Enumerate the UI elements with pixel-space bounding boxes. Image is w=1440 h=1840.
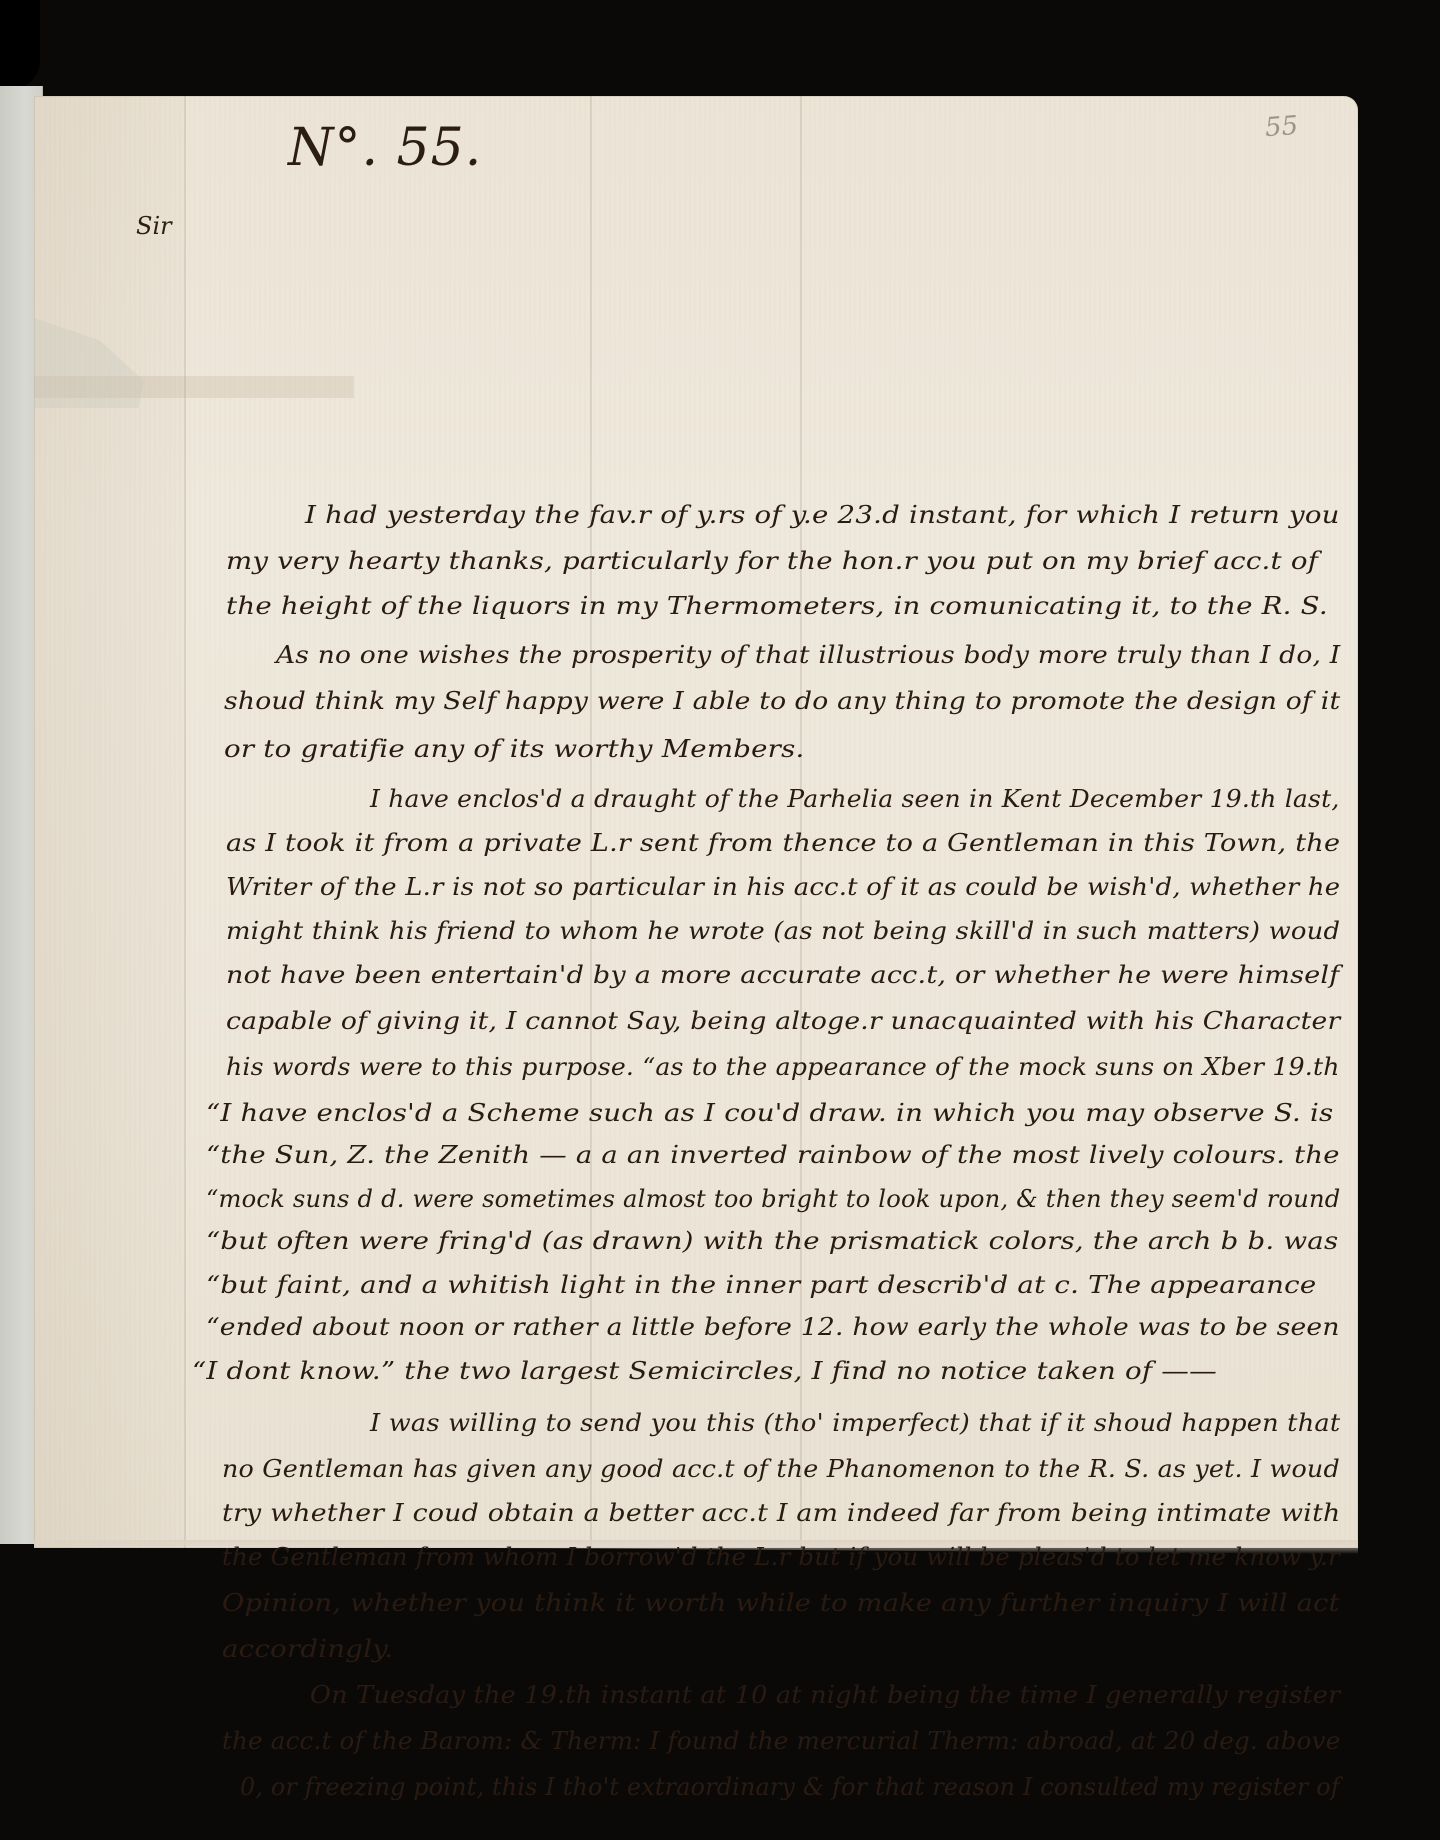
letter-line: his words were to this purpose. “as to t… [226,1052,1340,1082]
letter-line: the height of the liquors in my Thermome… [226,591,1328,621]
page-margin-stain [34,96,184,1548]
letter-line: accordingly. [222,1634,393,1664]
letter-line: On Tuesday the 19.th instant at 10 at ni… [310,1680,1341,1710]
letter-line: my very hearty thanks, particularly for … [226,546,1318,576]
letter-line: Writer of the L.r is not so particular i… [226,872,1340,902]
letter-number: N°. 55. [288,118,482,178]
letter-line: As no one wishes the prosperity of that … [276,640,1340,670]
letter-line: no Gentleman has given any good acc.t of… [222,1454,1340,1484]
letter-line: not have been entertain'd by a more accu… [226,960,1339,990]
letter-line: “but faint, and a whitish light in the i… [206,1270,1316,1300]
letter-line: try whether I coud obtain a better acc.t… [222,1498,1341,1528]
letter-line: the acc.t of the Barom: & Therm: I found… [222,1726,1340,1756]
letter-line: “I dont know.” the two largest Semicircl… [192,1356,1217,1386]
letter-line: the Gentleman from whom I borrow'd the L… [222,1542,1340,1572]
corner-shadow [0,0,40,90]
letter-line: 0, or freezing point, this I tho't extra… [240,1772,1340,1802]
letter-line: “mock suns d d. were sometimes almost to… [206,1184,1340,1214]
folio-number: 55 [1264,111,1299,143]
letter-line: “ended about noon or rather a little bef… [206,1312,1340,1342]
letter-line: shoud think my Self happy were I able to… [224,686,1340,716]
letter-line: I have enclos'd a draught of the Parheli… [370,784,1339,814]
letter-line: “the Sun, Z. the Zenith — a a an inverte… [206,1140,1340,1170]
letter-line: I was willing to send you this (tho' imp… [370,1408,1340,1438]
letter-line: as I took it from a private L.r sent fro… [226,828,1340,858]
fold-crease-vertical [184,96,186,1548]
letter-line: might think his friend to whom he wrote … [226,916,1340,946]
letter-line: capable of giving it, I cannot Say, bein… [226,1006,1340,1036]
scan-stage: 55 N°. 55. Sir I had yesterday the fav.r… [0,0,1440,1840]
letter-line: Opinion, whether you think it worth whil… [222,1588,1340,1618]
letter-line: “I have enclos'd a Scheme such as I cou'… [206,1098,1333,1128]
letter-line: or to gratifie any of its worthy Members… [224,734,805,764]
letter-line: “but often were fring'd (as drawn) with … [206,1226,1338,1256]
salutation: Sir [136,212,172,240]
letter-line: I had yesterday the fav.r of y.rs of y.e… [305,500,1340,530]
